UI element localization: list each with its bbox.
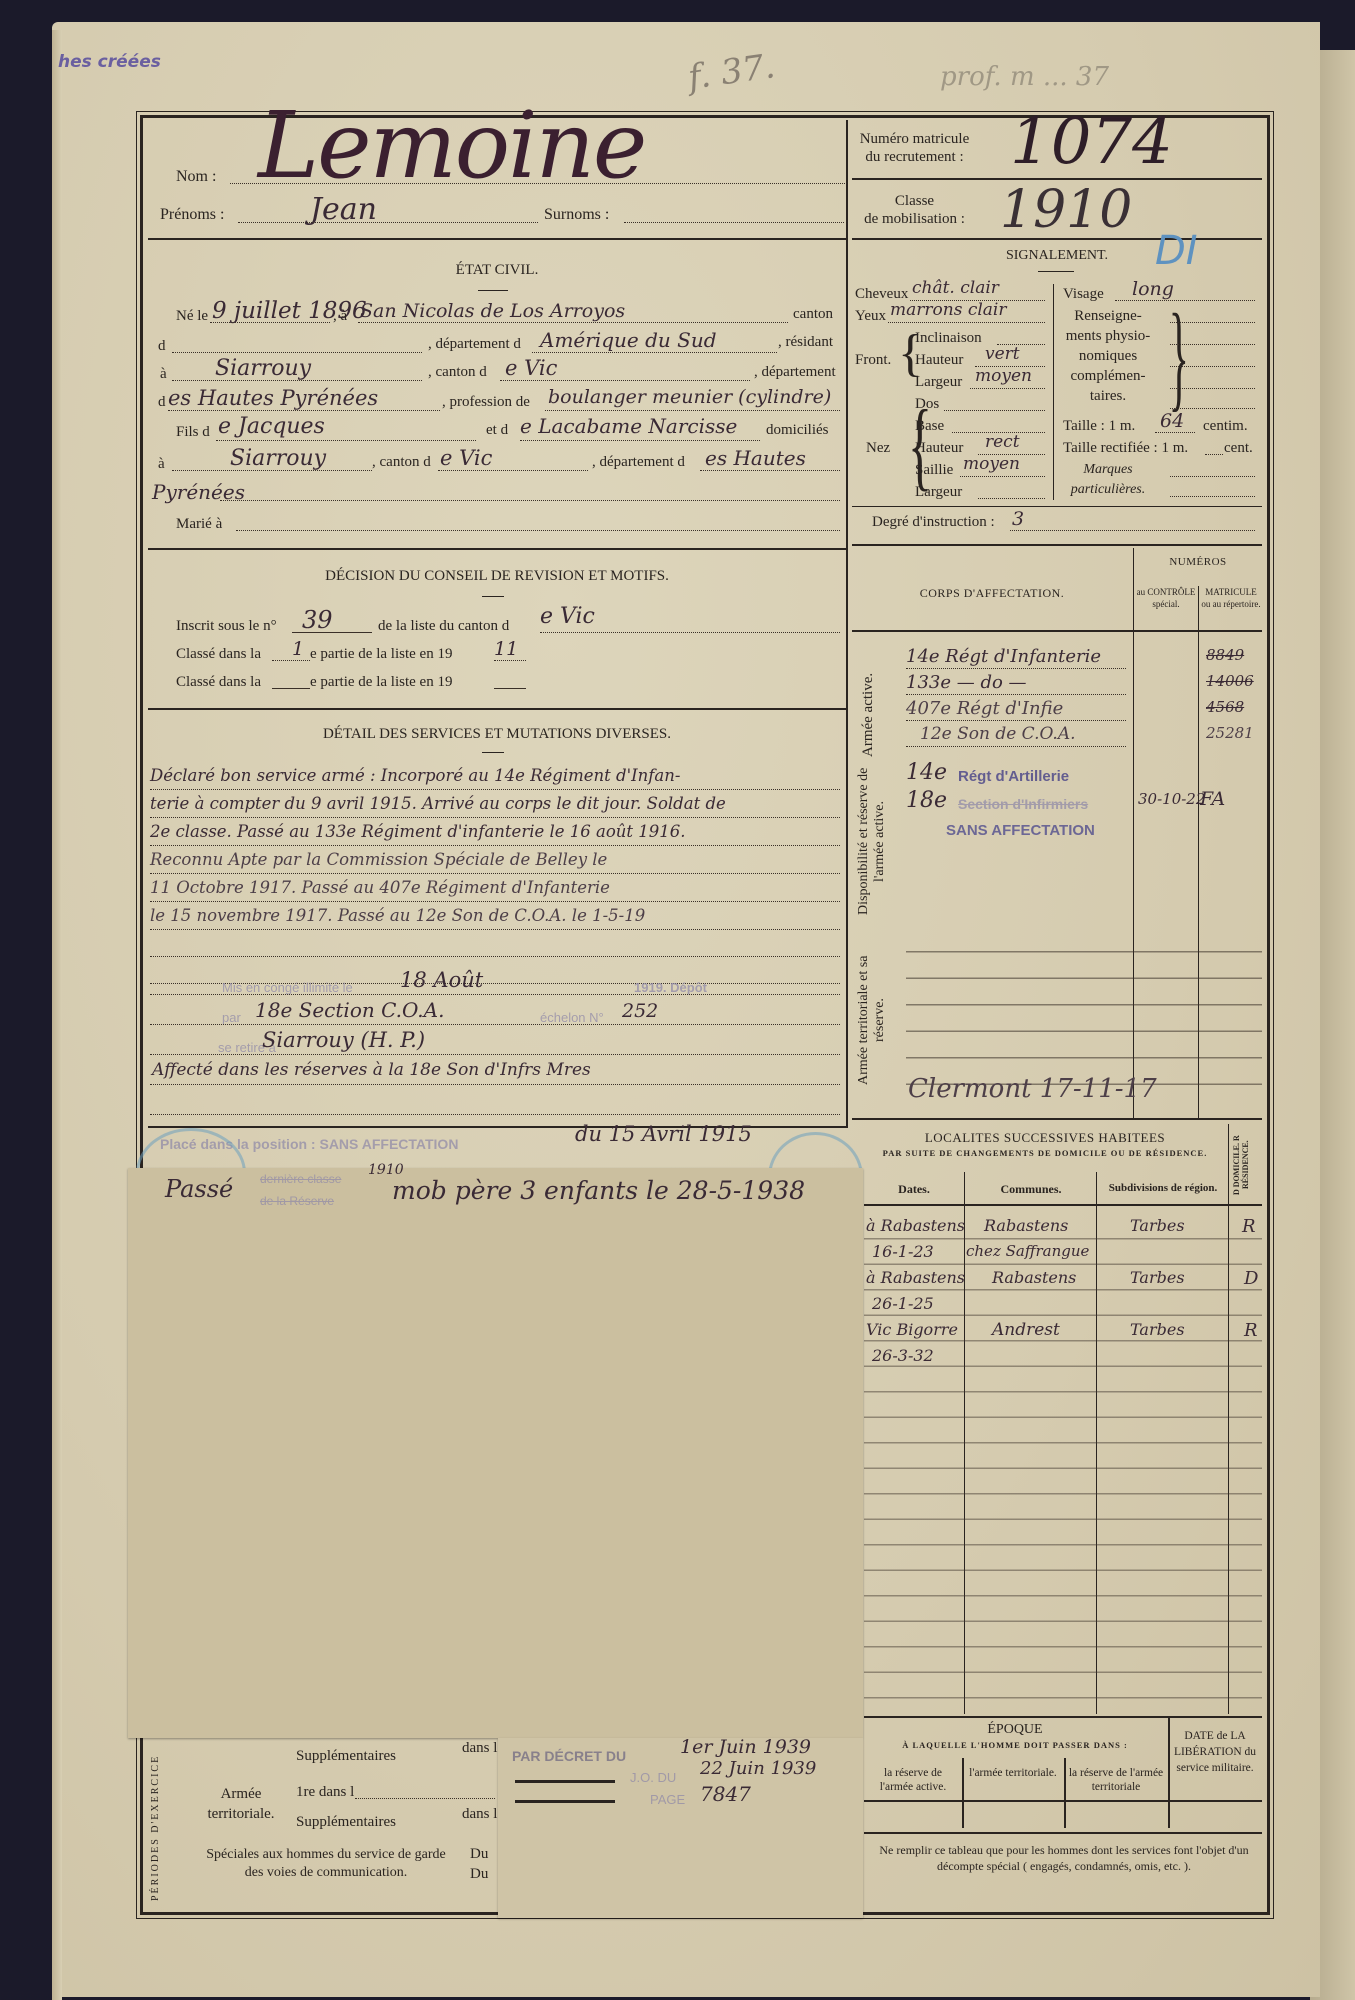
strike-line (515, 1800, 615, 1803)
services-line: 11 Octobre 1917. Passé au 407e Régiment … (150, 874, 840, 902)
territoriale-lines (906, 926, 1262, 1096)
header-subdivisions: Subdivisions de région. (1098, 1182, 1228, 1194)
strike-line (515, 1780, 615, 1783)
liste-canton-label: de la liste du canton d (378, 618, 509, 635)
pencil-profession-note: prof. m ... 37 (940, 62, 1109, 92)
base-label: Base (915, 418, 944, 435)
corps-cell: 133e — do — (906, 672, 1027, 693)
taille-label: Taille : 1 m. (1063, 418, 1135, 435)
dotline (358, 322, 788, 323)
classe-label-line2: de mobilisation : (852, 210, 977, 228)
residence: Siarrouy (215, 356, 311, 381)
dans-label: dans l (462, 1740, 497, 1757)
decret-date: 1er Juin 1939 (680, 1736, 811, 1758)
page-value: 7847 (700, 1782, 751, 1806)
nez-hauteur-label: Hauteur (915, 440, 963, 457)
inclinaison-label: Inclinaison (915, 330, 982, 347)
dotline (1205, 454, 1223, 455)
visage-label: Visage (1063, 286, 1104, 303)
canton-label: , canton d (372, 454, 431, 471)
matricule-label-line2: du recrutement : (852, 148, 977, 166)
corps-cell: 407e Régt d'Infie (906, 698, 1063, 719)
departement-label: , département (754, 364, 836, 381)
front-largeur-value: moyen (975, 366, 1032, 386)
speciales-label: Spéciales aux hommes du service de garde… (196, 1846, 456, 1882)
signalement-divider (1053, 284, 1054, 500)
degre-instruction-label: Degré d'instruction : (872, 514, 995, 531)
departement-residence: es Hautes Pyrénées (168, 386, 378, 410)
controle-header: au CONTRÔLE spécial. (1136, 586, 1196, 610)
table-row: 133e — do — 14006 (906, 670, 1262, 696)
services-line: Déclaré bon service armé : Incorporé au … (150, 762, 840, 790)
dotline (150, 1024, 840, 1025)
profession-label: , profession de (442, 394, 530, 411)
localites-subtitle: PAR SUITE DE CHANGEMENTS DE DOMICILE OU … (860, 1148, 1230, 1158)
dotline (355, 1798, 495, 1799)
matricule-label-line1: Numéro matricule (852, 130, 977, 148)
passe-struck-2: de la Réserve (260, 1194, 334, 1208)
canton-parents: e Vic (440, 446, 492, 470)
matricule-value: 1074 (1010, 105, 1173, 179)
saillie-value: moyen (963, 454, 1020, 474)
decret-label: PAR DÉCRET DU (512, 1748, 626, 1764)
dotline (220, 500, 840, 501)
divider (864, 1800, 1262, 1802)
matricule-cell: 4568 (1206, 698, 1244, 716)
header-domicile-residence: D DOMICILE. R RÉSIDENCE. (1232, 1126, 1260, 1204)
dotline (1170, 408, 1255, 409)
dotline (1170, 344, 1255, 345)
classe1-label: Classé dans la (176, 646, 261, 663)
lieu-naissance: San Nicolas de Los Arroyos (360, 300, 625, 322)
services-line: Reconnu Apte par la Commission Spéciale … (150, 846, 840, 874)
dotline (172, 380, 422, 381)
dotline (888, 322, 1045, 323)
dotline (150, 1084, 840, 1085)
conge-date: 18 Août (400, 968, 483, 992)
dotline (1155, 432, 1195, 433)
dotline (906, 720, 1126, 721)
canton-label: canton (793, 306, 833, 323)
territoriale-label: Armée territoriale et sa réserve. (856, 940, 896, 1100)
domicilies-label: domiciliés (766, 422, 829, 439)
inscrit-num: 39 (302, 606, 333, 634)
d-label: d (158, 394, 166, 411)
yeux-value: marrons clair (890, 300, 1006, 320)
prenoms-dotline (238, 222, 538, 223)
matricule-label: Numéro matricule du recrutement : (852, 130, 977, 166)
dotline (1170, 496, 1255, 497)
taille-rectifiee-label: Taille rectifiée : 1 m. (1063, 440, 1188, 457)
dotline (532, 352, 777, 353)
retire-value: Siarrouy (H. P.) (262, 1028, 425, 1052)
corps-stamp-cell: Régt d'Artillerie (958, 768, 1069, 785)
corps-hand-cell: 18e (906, 788, 947, 813)
profession: boulanger meunier (cylindre) (548, 386, 831, 408)
inscrit-label: Inscrit sous le n° (176, 618, 277, 635)
services-line-empty (150, 930, 840, 957)
dotline (520, 440, 760, 441)
nez-hauteur-value: rect (985, 432, 1020, 452)
services-line: 2e classe. Passé au 133e Régiment d'infa… (150, 818, 840, 846)
nom-dotline (230, 183, 845, 184)
passe-struck-1: dernière classe (260, 1172, 341, 1186)
a-label: à (158, 456, 165, 473)
dotline (906, 746, 1126, 747)
departement-label: , département d (428, 336, 521, 353)
dos-label: Dos (915, 396, 939, 413)
dotline (150, 1054, 840, 1055)
page-label: PAGE (650, 1792, 685, 1807)
corps-cell: 12e Son de C.O.A. (920, 724, 1076, 744)
column-divider (846, 120, 848, 1128)
nez-label: Nez (866, 440, 890, 457)
signalement-title: SIGNALEMENT. (852, 248, 1262, 264)
departement-parents: es Hautes (705, 446, 806, 470)
divider (852, 630, 1262, 632)
table-row: 14e Régt d'Artillerie (906, 758, 1262, 786)
taille-rectifiee-unit: cent. (1224, 440, 1253, 457)
surnoms-dotline (624, 222, 844, 223)
marie-label: Marié à (176, 516, 222, 533)
dans-label-2: dans l (462, 1806, 497, 1823)
dotline (944, 410, 1045, 411)
departement-naissance: Amérique du Sud (540, 328, 717, 352)
matricule-cell: 14006 (1206, 672, 1254, 690)
marques-label: Marques particulières. (1058, 460, 1158, 500)
underline (292, 632, 372, 633)
matricule-header: MATRICULE ou au répertoire. (1200, 586, 1262, 610)
corps-stamp-cell: Section d'Infirmiers (958, 796, 1088, 812)
divider (852, 506, 1262, 507)
dotline (150, 994, 840, 995)
periodes-side-label: PÉRIODES D'EXERCICE (150, 1738, 172, 1918)
ne-le-label: Né le (176, 308, 208, 325)
dotline (700, 470, 840, 471)
departement-label: , département d (592, 454, 685, 471)
corps-stamp-cell: SANS AFFECTATION (946, 822, 1095, 839)
date-liberation-header: DATE de LA LIBÉRATION du service militai… (1170, 1728, 1260, 1776)
dotline (1170, 366, 1255, 367)
classe-label: Classe de mobilisation : (852, 192, 977, 228)
classe2-mid: e partie de la liste en 19 (310, 674, 452, 691)
classe1-mid: e partie de la liste en 19 (310, 646, 452, 663)
placement-date: du 15 Avril 1915 (575, 1122, 752, 1146)
du-label-2: Du (470, 1866, 488, 1883)
classe1-partie: 1 (292, 638, 304, 660)
underline (494, 688, 526, 689)
dotline (960, 476, 1045, 477)
active-rows: 14e Régt d'Infanterie 8849 133e — do — 1… (906, 644, 1262, 748)
renseignements-label: Renseigne- ments physio- nomiques complé… (1058, 306, 1158, 406)
etat-civil-title: ÉTAT CIVIL. (148, 262, 846, 279)
classe-value: 1910 (1000, 180, 1132, 240)
mere: e Lacabame Narcisse (520, 414, 737, 438)
premiere-label: 1re dans l (296, 1784, 354, 1801)
dotline (494, 660, 526, 661)
par-value: 18e Section C.O.A. (255, 998, 444, 1022)
divider (852, 1118, 1262, 1120)
canton-label: , canton d (428, 364, 487, 381)
canton-naissance-dotline (172, 352, 422, 353)
pasted-slip (128, 1168, 863, 1738)
title-rule (1038, 271, 1074, 272)
header-communes: Communes. (966, 1182, 1096, 1197)
divider (148, 238, 846, 240)
title-rule (482, 596, 504, 597)
epoque-col-territoriale: l'armée territoriale. (964, 1766, 1062, 1780)
services-line: terie à compter du 9 avril 1915. Arrivé … (150, 790, 840, 818)
services-text: Déclaré bon service armé : Incorporé au … (150, 762, 840, 984)
degre-instruction-value: 3 (1012, 508, 1024, 530)
corps-cell: 14e Régt d'Infanterie (906, 646, 1101, 667)
dotline (438, 470, 588, 471)
conseil-title: DÉCISION DU CONSEIL DE REVISION ET MOTIF… (148, 568, 846, 585)
dotline (500, 380, 750, 381)
table-row: 18e Section d'Infirmiers 30-10-22 FA (906, 786, 1262, 814)
dotline (978, 498, 1045, 499)
affecte-reserve: Affecté dans les réserves à la 18e Son d… (152, 1060, 591, 1080)
dotline (1170, 388, 1255, 389)
header-dates: Dates. (865, 1182, 963, 1197)
corps-affectation-title: CORPS D'AFFECTATION. (852, 586, 1132, 601)
classe1-annee: 11 (494, 638, 518, 660)
fils-label: Fils d (176, 424, 210, 441)
et-de-label: et d (486, 422, 508, 439)
conge-year: 1919. Dépôt (634, 980, 707, 995)
epoque-subtitle: À LAQUELLE L'HOMME DOIT PASSER DANS : (864, 1740, 1166, 1750)
cheveux-value: chât. clair (912, 278, 999, 298)
divider (852, 238, 1262, 240)
matricule-cell: FA (1200, 788, 1225, 810)
epoque-note: Ne remplir ce tableau que pour les homme… (870, 1842, 1258, 1874)
pere: e Jacques (218, 414, 325, 439)
divider (864, 1832, 1262, 1834)
services-title: DÉTAIL DES SERVICES ET MUTATIONS DIVERSE… (148, 726, 846, 743)
echelon-label: échelon N° (540, 1010, 604, 1025)
localites-title: LOCALITES SUCCESSIVES HABITEES (860, 1130, 1230, 1146)
dotline (1170, 476, 1255, 477)
echelon-num: 252 (622, 1000, 658, 1022)
table-row: 407e Régt d'Infie 4568 (906, 696, 1262, 722)
table-row: SANS AFFECTATION (906, 814, 1262, 842)
services-line: le 15 novembre 1917. Passé au 12e Son de… (150, 902, 840, 930)
divider (864, 1204, 1262, 1206)
table-row: 12e Son de C.O.A. 25281 (906, 722, 1262, 748)
front-hauteur-value: vert (985, 344, 1020, 364)
matricule-cell: 8849 (1206, 646, 1244, 664)
classe2-label: Classé dans la (176, 674, 261, 691)
dotline (216, 440, 476, 441)
dotline (150, 1114, 840, 1115)
saillie-label: Saillie (915, 462, 953, 479)
dotline (1010, 530, 1255, 531)
territoriale-signature: Clermont 17-11-17 (908, 1074, 1157, 1104)
divider (864, 1716, 1262, 1718)
front-hauteur-label: Hauteur (915, 352, 963, 369)
nez-largeur-label: Largeur (915, 484, 962, 501)
supplementaires-label: Supplémentaires (296, 1748, 396, 1765)
stamp-fiches-creees: hes créées (58, 52, 161, 72)
passe-rest: mob père 3 enfants le 28-5-1938 (392, 1176, 805, 1205)
epoque-title: ÉPOQUE (864, 1722, 1166, 1738)
prenoms-label: Prénoms : (160, 206, 224, 224)
title-rule (482, 752, 504, 753)
passe-note: Passé (165, 1175, 233, 1203)
dotline (210, 322, 330, 323)
front-label: Front. (855, 352, 891, 369)
jo-date: 22 Juin 1939 (700, 1758, 816, 1779)
disponibilite-label: Disponibilité et réserve de l'armée acti… (856, 756, 896, 926)
surnoms-label: Surnoms : (544, 206, 609, 224)
canton-residence: e Vic (505, 356, 557, 380)
nom-label: Nom : (176, 168, 216, 186)
dotline (172, 470, 372, 471)
dotline (168, 410, 440, 411)
epoque-col-reserve-active: la réserve de l'armée active. (866, 1766, 960, 1794)
numeros-title: NUMÉROS (1134, 556, 1262, 568)
divider (148, 708, 846, 710)
renseignements-brace: } (1169, 296, 1189, 416)
title-rule (478, 290, 508, 291)
a-label: à (160, 366, 167, 383)
marie-dotline (236, 530, 840, 531)
dotline (272, 660, 310, 661)
armee-territoriale-label: Armée territoriale. (196, 1784, 286, 1824)
localites-lines (864, 1214, 1262, 1714)
dotline (906, 668, 1126, 669)
table-row: 14e Régt d'Infanterie 8849 (906, 644, 1262, 670)
inscrit-canton: e Vic (540, 604, 595, 629)
taille-unit: centim. (1203, 418, 1248, 435)
page-binding-edge (52, 30, 62, 2000)
par-label: par (222, 1010, 241, 1025)
jo-label: J.O. DU (630, 1770, 676, 1785)
d-label: d (158, 338, 166, 355)
residant-label: , résidant (778, 334, 833, 351)
matricule-cell: 25281 (1206, 724, 1254, 742)
controle-cell: 30-10-22 (1138, 790, 1205, 808)
corps-hand-cell: 14e (906, 760, 947, 785)
dotline (540, 632, 840, 633)
dotline (970, 388, 1045, 389)
domicile-parents: Siarrouy (230, 446, 326, 471)
epoque-col-reserve-territoriale: la réserve de l'armée territoriale (1066, 1766, 1166, 1794)
dotline (1170, 322, 1255, 323)
conge-label: Mis en congé illimité le (222, 980, 353, 995)
divider (148, 548, 846, 550)
dotline (906, 694, 1126, 695)
taille-value: 64 (1160, 410, 1184, 432)
visage-value: long (1132, 278, 1174, 300)
a-label: , à (333, 308, 347, 325)
dotline (545, 410, 840, 411)
du-label: Du (470, 1846, 488, 1863)
divider (852, 544, 1262, 546)
classe-label-line1: Classe (852, 192, 977, 210)
supplementaires-label-2: Supplémentaires (296, 1814, 396, 1831)
reserve-rows: 14e Régt d'Artillerie 18e Section d'Infi… (906, 758, 1262, 842)
yeux-label: Yeux (855, 308, 886, 325)
underline (272, 688, 310, 689)
